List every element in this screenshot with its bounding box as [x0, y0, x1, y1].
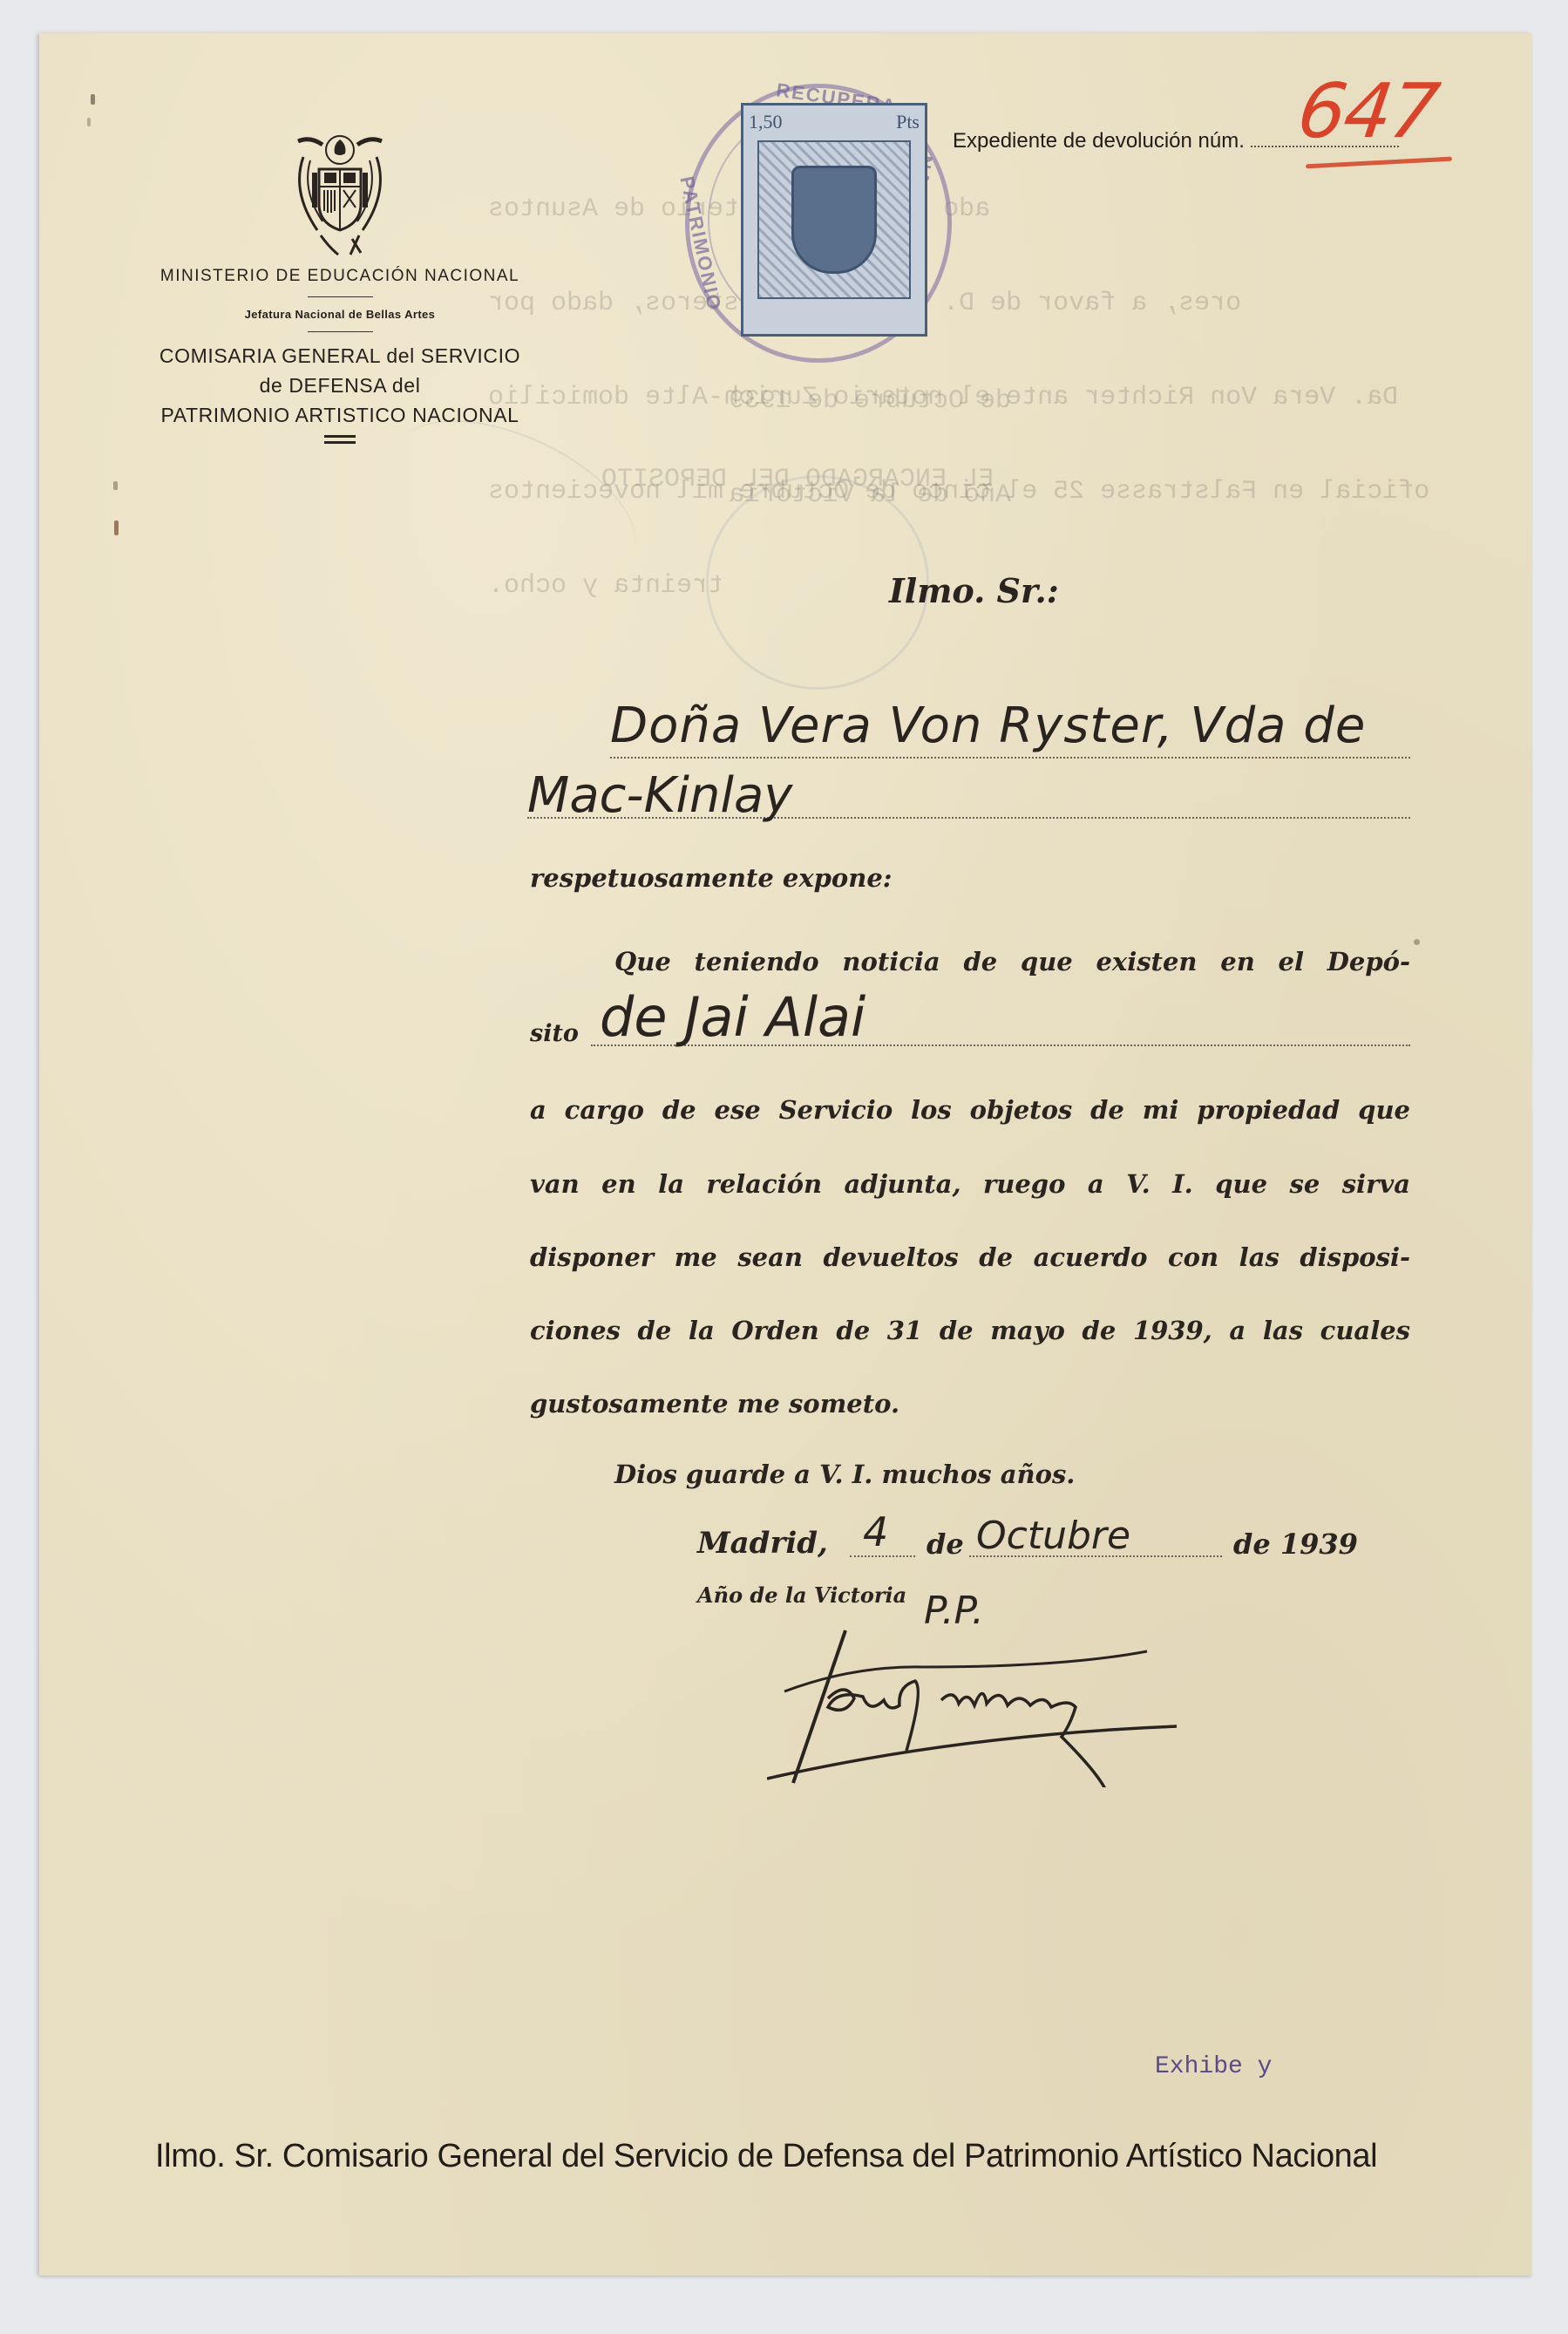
- fiscal-stamp: 1,50 Pts: [741, 103, 927, 337]
- fiscal-stamp-pattern: [757, 140, 911, 299]
- shield-icon: [791, 166, 877, 274]
- file-reference-label: Expediente de devolución núm.: [953, 129, 1245, 153]
- applicant-field-line-1: [610, 757, 1410, 759]
- commission-line-2: de DEFENSA del: [131, 372, 549, 398]
- body-line-7: gustosamente me someto.: [530, 1388, 1410, 1419]
- fiscal-stamp-value: 1,50: [749, 111, 783, 133]
- date-year: de 1939: [1233, 1528, 1358, 1561]
- date-de: de: [927, 1528, 964, 1561]
- paper-mark: [113, 481, 118, 490]
- typed-note: Exhibe y: [1155, 2053, 1272, 2080]
- body-line-2-prefix: sito: [530, 1020, 579, 1047]
- double-rule: [324, 435, 356, 444]
- applicant-name-line-1: Doña Vera Von Ryster, Vda de: [610, 697, 1366, 754]
- commission-line-3: PATRIMONIO ARTISTICO NACIONAL: [131, 402, 549, 428]
- file-number-handwritten: 647: [1293, 68, 1442, 155]
- intro-text: respetuosamente expone:: [530, 863, 893, 893]
- addressee-line: Ilmo. Sr. Comisario General del Servicio…: [155, 2138, 1377, 2175]
- separator: [308, 331, 373, 332]
- signature-icon: [767, 1596, 1290, 1787]
- date-day-handwritten: 4: [863, 1508, 888, 1555]
- ministry-name: MINISTERIO DE EDUCACIÓN NACIONAL: [131, 267, 549, 286]
- paper-mark: [114, 521, 119, 535]
- letterhead: MINISTERIO DE EDUCACIÓN NACIONAL Jefatur…: [131, 131, 549, 444]
- commission-line-1: COMISARIA GENERAL del SERVICIO: [131, 343, 549, 369]
- closing-line: Dios guarde a V. I. muchos años.: [614, 1459, 1495, 1490]
- date-day-field: [850, 1555, 915, 1557]
- body-line-6: ciones de la Orden de 31 de mayo de 1939…: [530, 1315, 1410, 1346]
- deposit-name-handwritten: de Jai Alai: [600, 985, 865, 1049]
- date-place: Madrid,: [697, 1526, 828, 1561]
- body-line-4: van en la relación adjunta, ruego a V. I…: [530, 1168, 1410, 1200]
- body-line-5: disponer me sean devueltos de acuerdo co…: [530, 1242, 1410, 1273]
- jefatura-name: Jefatura Nacional de Bellas Artes: [131, 308, 549, 321]
- separator: [308, 296, 373, 297]
- body-line-3: a cargo de ese Servicio los objetos de m…: [530, 1094, 1410, 1126]
- bleed-line: ores, a favor de D. Carlos Ballesteros, …: [488, 288, 1447, 319]
- paper-mark: [1414, 939, 1420, 945]
- date-month-handwritten: Octubre: [976, 1514, 1130, 1558]
- fiscal-stamp-currency: Pts: [896, 111, 920, 133]
- bleed-line: ado por el Ministerio de Asuntos: [488, 194, 1447, 225]
- applicant-name-line-2: Mac-Kinlay: [527, 767, 792, 824]
- paper-mark: [87, 118, 91, 126]
- body-line-1: Que teniendo noticia de que existen en e…: [614, 946, 1410, 977]
- spanish-coat-of-arms-icon: [291, 131, 389, 262]
- salutation: Ilmo. Sr.:: [889, 571, 1059, 610]
- paper-mark: [91, 94, 95, 105]
